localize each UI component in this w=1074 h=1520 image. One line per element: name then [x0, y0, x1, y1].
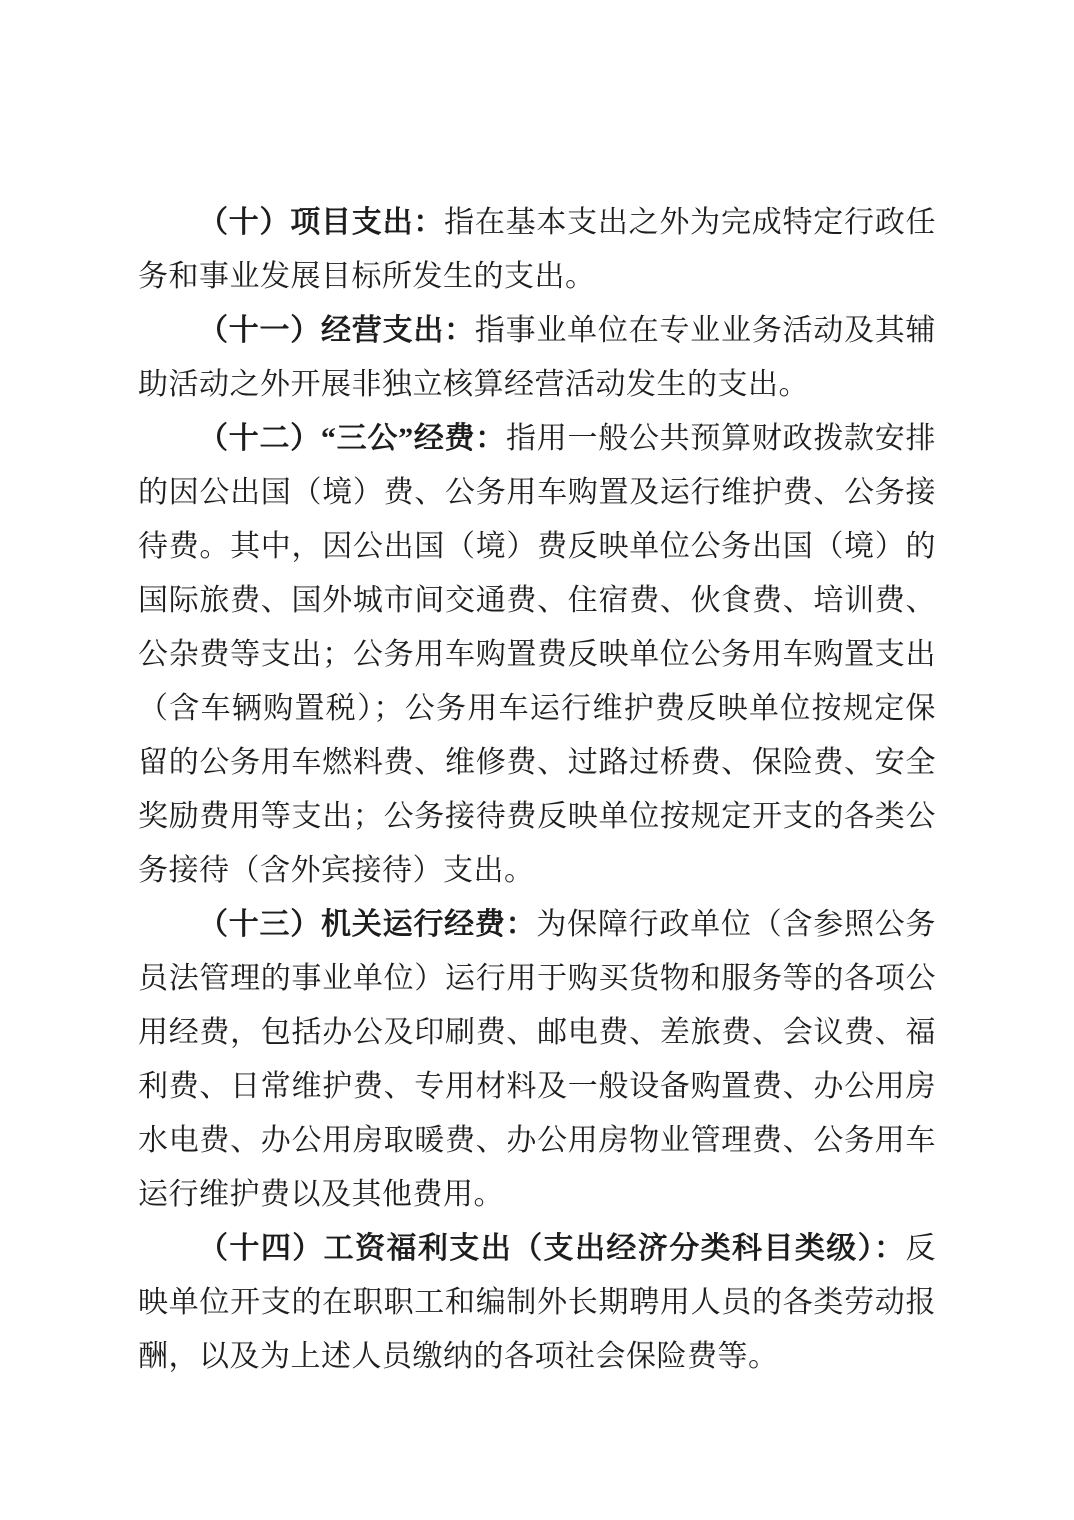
paragraph-lead-term: （十三）机关运行经费：	[198, 908, 536, 941]
paragraph-item-12-three-public-funds: （十二）“三公”经费：指用一般公共预算财政拨款安排的因公出国（境）费、公务用车购…	[138, 412, 936, 898]
paragraph-body-text: 指用一般公共预算财政拨款安排的因公出国（境）费、公务用车购置及运行维护费、公务接…	[138, 422, 936, 887]
paragraph-lead-term: （十二）“三公”经费：	[198, 422, 506, 455]
paragraph-body-text: 为保障行政单位（含参照公务员法管理的事业单位）运行用于购买货物和服务等的各项公用…	[138, 908, 936, 1211]
paragraph-lead-term: （十四）工资福利支出（支出经济分类科目类级）：	[198, 1232, 906, 1265]
document-content: （十）项目支出：指在基本支出之外为完成特定行政任务和事业发展目标所发生的支出。 …	[138, 196, 936, 1384]
paragraph-item-10-project-expenditure: （十）项目支出：指在基本支出之外为完成特定行政任务和事业发展目标所发生的支出。	[138, 196, 936, 304]
paragraph-item-11-operating-expenditure: （十一）经营支出：指事业单位在专业业务活动及其辅助活动之外开展非独立核算经营活动…	[138, 304, 936, 412]
paragraph-lead-term: （十）项目支出：	[198, 206, 444, 239]
document-page: （十）项目支出：指在基本支出之外为完成特定行政任务和事业发展目标所发生的支出。 …	[0, 0, 1074, 1520]
paragraph-item-13-agency-operating-funds: （十三）机关运行经费：为保障行政单位（含参照公务员法管理的事业单位）运行用于购买…	[138, 898, 936, 1222]
paragraph-lead-term: （十一）经营支出：	[198, 314, 475, 347]
paragraph-item-14-salary-welfare-expenditure: （十四）工资福利支出（支出经济分类科目类级）：反映单位开支的在职职工和编制外长期…	[138, 1222, 936, 1384]
